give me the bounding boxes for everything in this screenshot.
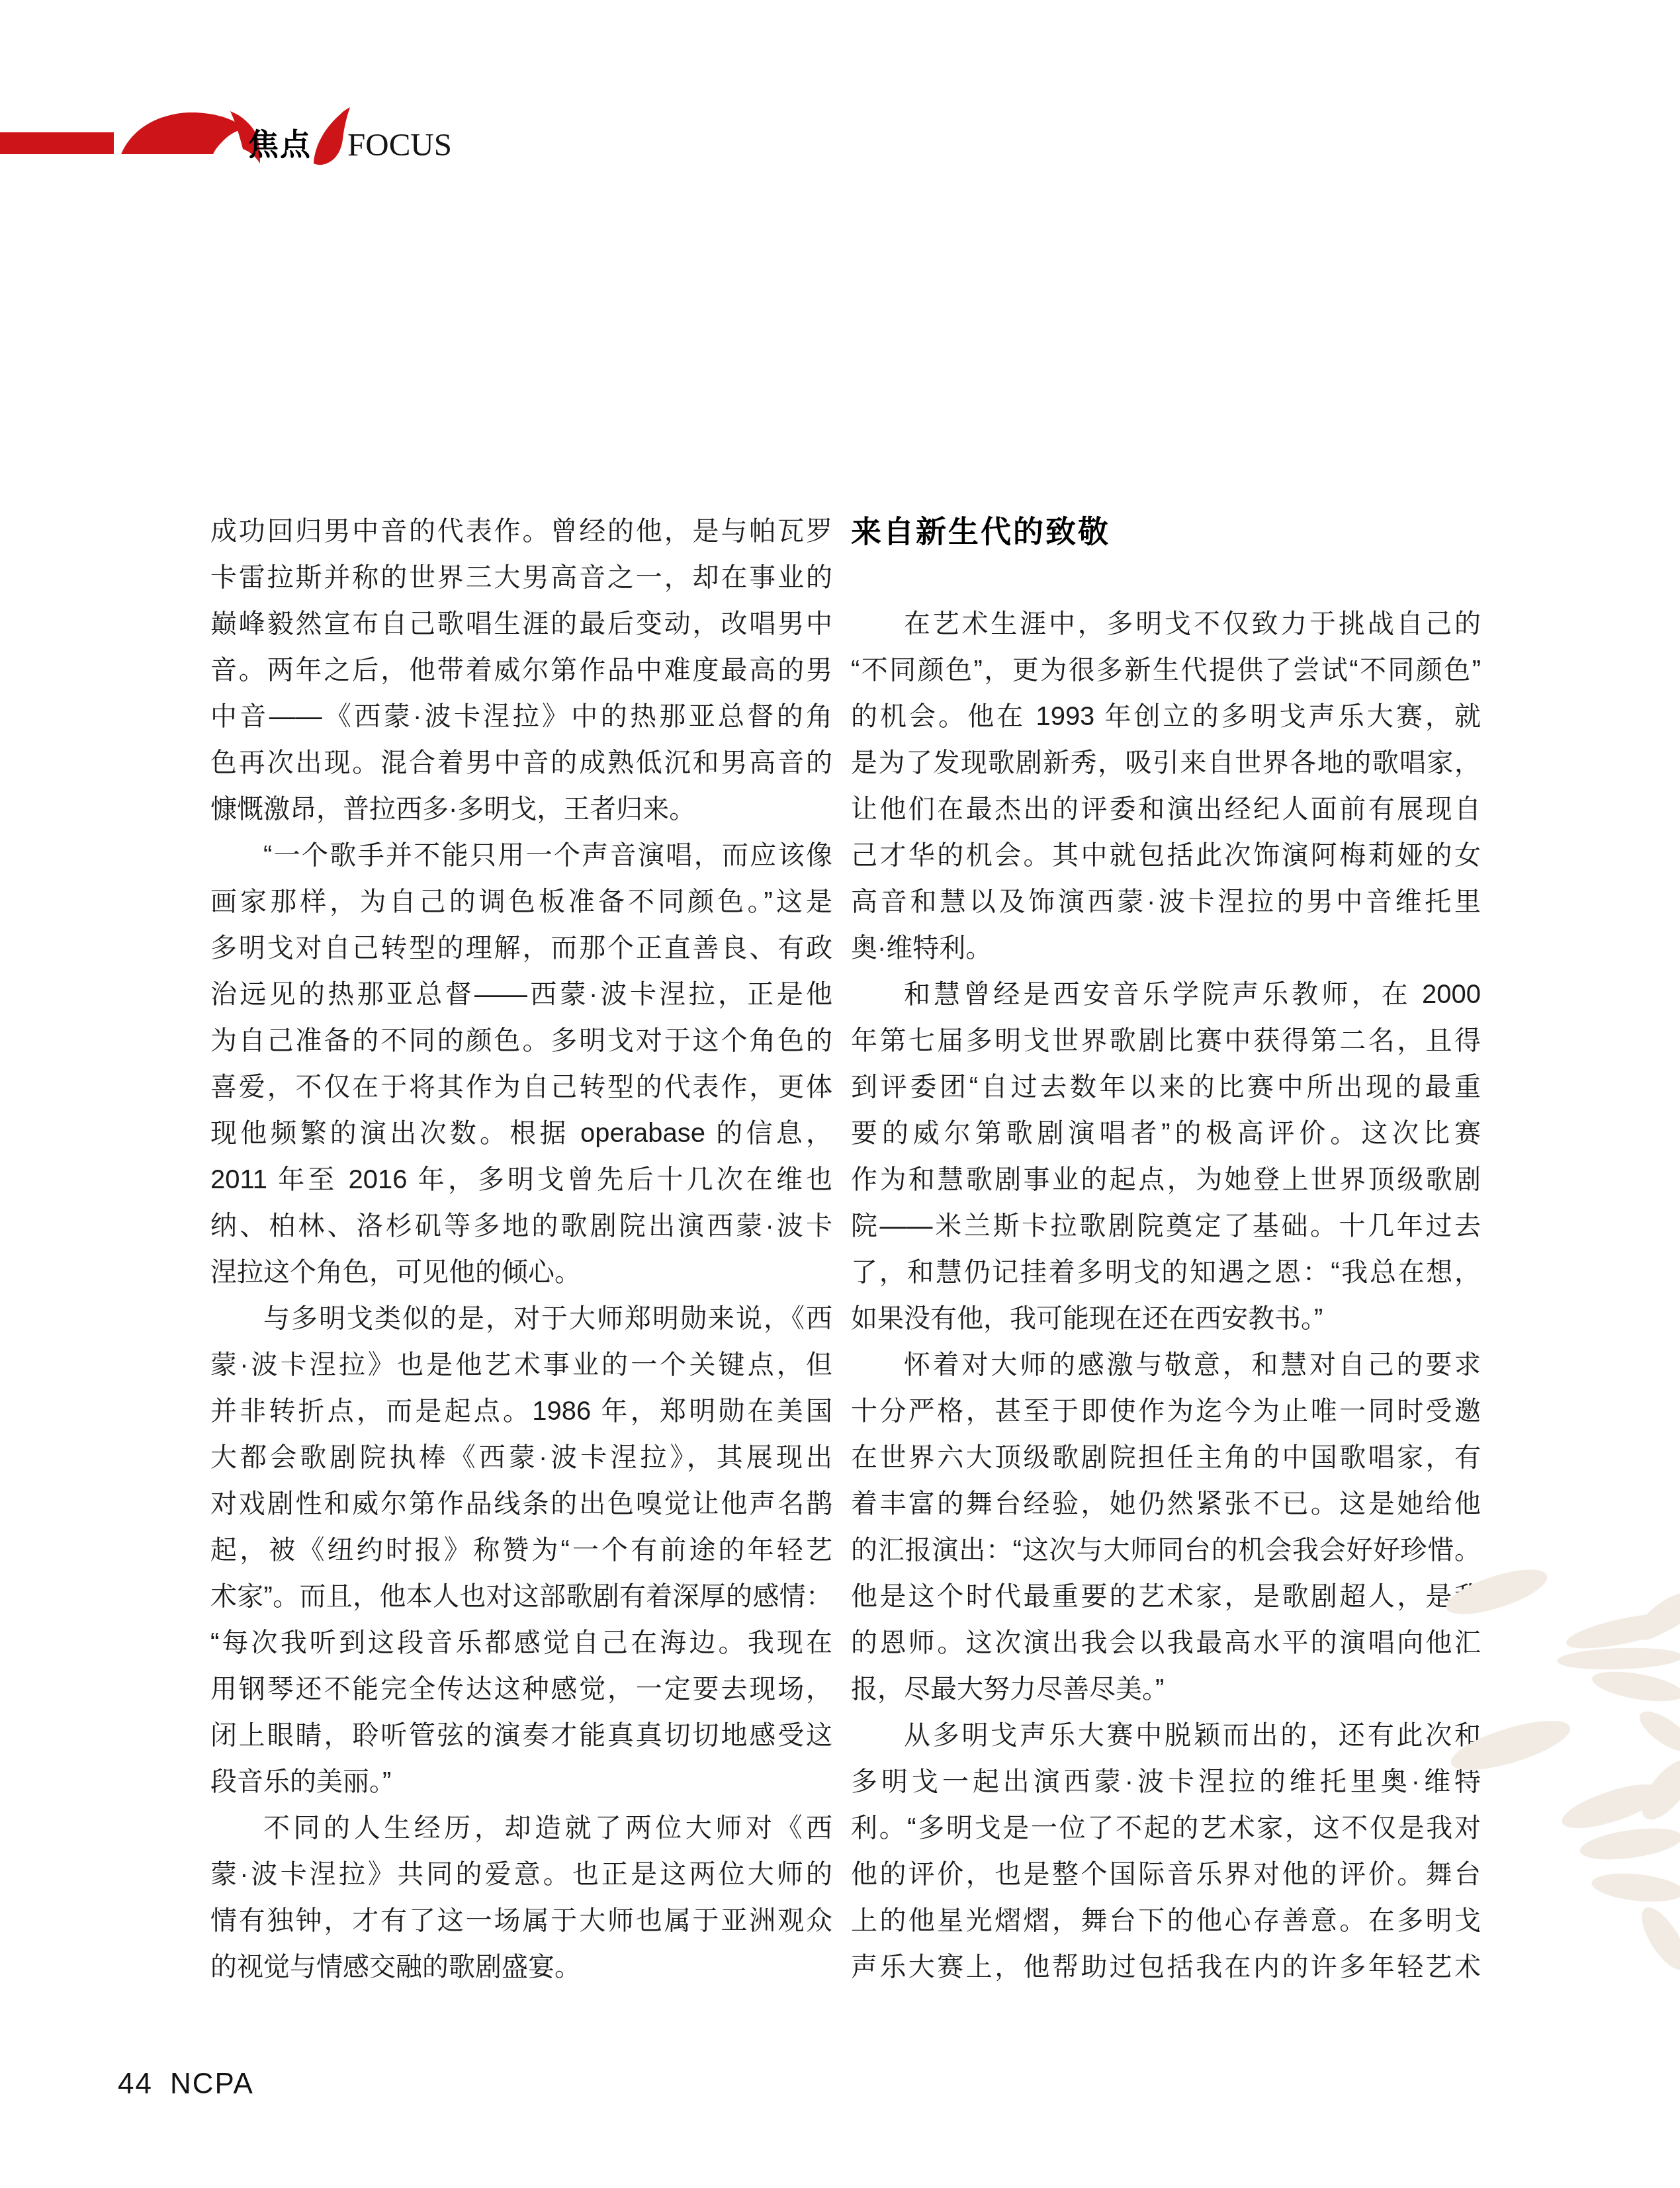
text-line: 与多明戈类似的是，对于大师郑明勋来说，《西 xyxy=(210,1295,832,1342)
text-line: 慷慨激昂，普拉西多·多明戈，王者归来。 xyxy=(210,786,832,832)
text-line: 中音——《西蒙·波卡涅拉》中的热那亚总督的角 xyxy=(210,693,832,740)
text-line: 蒙·波卡涅拉》共同的爱意。也正是这两位大师的 xyxy=(210,1851,832,1898)
text-line: 怀着对大师的感激与敬意，和慧对自己的要求 xyxy=(851,1342,1481,1388)
text-line: 利。“多明戈是一位了不起的艺术家，这不仅是我对 xyxy=(851,1805,1481,1851)
text-line: 用钢琴还不能完全传达这种感觉，一定要去现场， xyxy=(210,1666,832,1712)
text-line: 2011 年至 2016 年，多明戈曾先后十几次在维也 xyxy=(210,1157,832,1203)
text-line: “不同颜色”，更为很多新生代提供了尝试“不同颜色” xyxy=(851,647,1481,693)
text-line: 让他们在最杰出的评委和演出经纪人面前有展现自 xyxy=(851,786,1481,832)
text-line: 不同的人生经历，却造就了两位大师对《西 xyxy=(210,1805,832,1851)
text-line: 对戏剧性和威尔第作品线条的出色嗅觉让他声名鹊 xyxy=(210,1481,832,1527)
text-line: 从多明戈声乐大赛中脱颖而出的，还有此次和 xyxy=(851,1712,1481,1759)
text-line: 情有独钟，才有了这一场属于大师也属于亚洲观众 xyxy=(210,1898,832,1944)
text-line: 并非转折点，而是起点。1986 年，郑明勋在美国 xyxy=(210,1388,832,1434)
text-line: 报，尽最大努力尽善尽美。” xyxy=(851,1666,1481,1712)
text-line: 作为和慧歌剧事业的起点，为她登上世界顶级歌剧 xyxy=(851,1157,1481,1203)
text-line: 巅峰毅然宣布自己歌唱生涯的最后变动，改唱男中 xyxy=(210,601,832,647)
text-line: 是为了发现歌剧新秀，吸引来自世界各地的歌唱家， xyxy=(851,740,1481,786)
text-line: “一个歌手并不能只用一个声音演唱，而应该像 xyxy=(210,832,832,879)
header-dome-shape xyxy=(121,112,246,154)
text-line: 要的威尔第歌剧演唱者”的极高评价。这次比赛 xyxy=(851,1110,1481,1157)
text-line: 起，被《纽约时报》称赞为“一个有前途的年轻艺 xyxy=(210,1527,832,1573)
text-line: 他是这个时代最重要的艺术家，是歌剧超人，是我 xyxy=(851,1573,1481,1620)
page-footer: 44NCPA xyxy=(118,2067,254,2101)
article-left-column: 成功回归男中音的代表作。曾经的他，是与帕瓦罗蒂、卡雷拉斯并称的世界三大男高音之一… xyxy=(210,508,832,1990)
text-line: 在世界六大顶级歌剧院担任主角的中国歌唱家，有 xyxy=(851,1434,1481,1481)
text-line: 十分严格，甚至于即使作为迄今为止唯一同时受邀 xyxy=(851,1388,1481,1434)
section-title-en: FOCUS xyxy=(347,128,452,162)
text-line: 闭上眼睛，聆听管弦的演奏才能真真切切地感受这 xyxy=(210,1712,832,1759)
text-line: 画家那样，为自己的调色板准备不同颜色。”这是 xyxy=(210,879,832,925)
text-line: 的机会。他在 1993 年创立的多明戈声乐大赛，就 xyxy=(851,693,1481,740)
text-line: 的恩师。这次演出我会以我最高水平的演唱向他汇 xyxy=(851,1620,1481,1666)
text-line: 卡雷拉斯并称的世界三大男高音之一，却在事业的 xyxy=(210,554,832,601)
text-line: 声乐大赛上，他帮助过包括我在内的许多年轻艺术 xyxy=(851,1944,1481,1990)
text-line: 院——米兰斯卡拉歌剧院奠定了基础。十几年过去 xyxy=(851,1203,1481,1249)
text-line: 己才华的机会。其中就包括此次饰演阿梅莉娅的女 xyxy=(851,832,1481,879)
page-number: 44 xyxy=(118,2068,153,2100)
text-line: 了，和慧仍记挂着多明戈的知遇之恩：“我总在想， xyxy=(851,1249,1481,1295)
text-line: 喜爱，不仅在于将其作为自己转型的代表作，更体 xyxy=(210,1064,832,1110)
text-line: 术家”。而且，他本人也对这部歌剧有着深厚的感情： xyxy=(210,1573,832,1620)
text-line: 多明戈一起出演西蒙·波卡涅拉的维托里奥·维特 xyxy=(851,1759,1481,1805)
text-line: 为自己准备的不同的颜色。多明戈对于这个角色的 xyxy=(210,1018,832,1064)
text-line: 纳、柏林、洛杉矶等多地的歌剧院出演西蒙·波卡 xyxy=(210,1203,832,1249)
text-line: 音。两年之后，他带着威尔第作品中难度最高的男 xyxy=(210,647,832,693)
text-line: 和慧曾经是西安音乐学院声乐教师，在 2000 xyxy=(851,971,1481,1018)
text-line: 他的评价，也是整个国际音乐界对他的评价。舞台 xyxy=(851,1851,1481,1898)
text-line: 如果没有他，我可能现在还在西安教书。” xyxy=(851,1295,1481,1342)
brand-name: NCPA xyxy=(170,2068,254,2100)
text-line: 大都会歌剧院执棒《西蒙·波卡涅拉》，其展现出 xyxy=(210,1434,832,1481)
text-line: 年第七届多明戈世界歌剧比赛中获得第二名，且得 xyxy=(851,1018,1481,1064)
text-line: 上的他星光熠熠，舞台下的他心存善意。在多明戈 xyxy=(851,1898,1481,1944)
text-line: 色再次出现。混合着男中音的成熟低沉和男高音的 xyxy=(210,740,832,786)
text-line: 奥·维特利。 xyxy=(851,925,1481,971)
text-line: 段音乐的美丽。” xyxy=(210,1759,832,1805)
text-line: 在艺术生涯中，多明戈不仅致力于挑战自己的 xyxy=(851,601,1481,647)
text-line: 现他频繁的演出次数。根据 operabase 的信息， xyxy=(210,1110,832,1157)
text-line: 蒙·波卡涅拉》也是他艺术事业的一个关键点，但 xyxy=(210,1342,832,1388)
header-ribbon-shape xyxy=(314,107,350,165)
section-title-cn: 焦点 xyxy=(248,128,312,161)
text-line: 到评委团“自过去数年以来的比赛中所出现的最重 xyxy=(851,1064,1481,1110)
text-line: 高音和慧以及饰演西蒙·波卡涅拉的男中音维托里 xyxy=(851,879,1481,925)
text-line: 治远见的热那亚总督——西蒙·波卡涅拉，正是他 xyxy=(210,971,832,1018)
article-right-column: 在艺术生涯中，多明戈不仅致力于挑战自己的“不同颜色”，更为很多新生代提供了尝试“… xyxy=(851,601,1481,1990)
leaf-ornament xyxy=(1415,1542,1680,1991)
text-line: 着丰富的舞台经验，她仍然紧张不已。这是她给他 xyxy=(851,1481,1481,1527)
text-line: 多明戈对自己转型的理解，而那个正直善良、有政 xyxy=(210,925,832,971)
text-line: 涅拉这个角色，可见他的倾心。 xyxy=(210,1249,832,1295)
text-line: 的视觉与情感交融的歌剧盛宴。 xyxy=(210,1944,832,1990)
text-line: “每次我听到这段音乐都感觉自己在海边。我现在 xyxy=(210,1620,832,1666)
header-red-bar xyxy=(0,132,114,154)
text-line: 成功回归男中音的代表作。曾经的他，是与帕瓦罗蒂、 xyxy=(210,508,832,554)
magazine-page: 焦点 FOCUS 成功回归男中音的代表作。曾经的他，是与帕瓦罗蒂、卡雷拉斯并称的… xyxy=(0,0,1680,2188)
right-column-heading: 来自新生代的致敬 xyxy=(851,508,1110,554)
text-line: 的汇报演出：“这次与大师同台的机会我会好好珍惜。 xyxy=(851,1527,1481,1573)
